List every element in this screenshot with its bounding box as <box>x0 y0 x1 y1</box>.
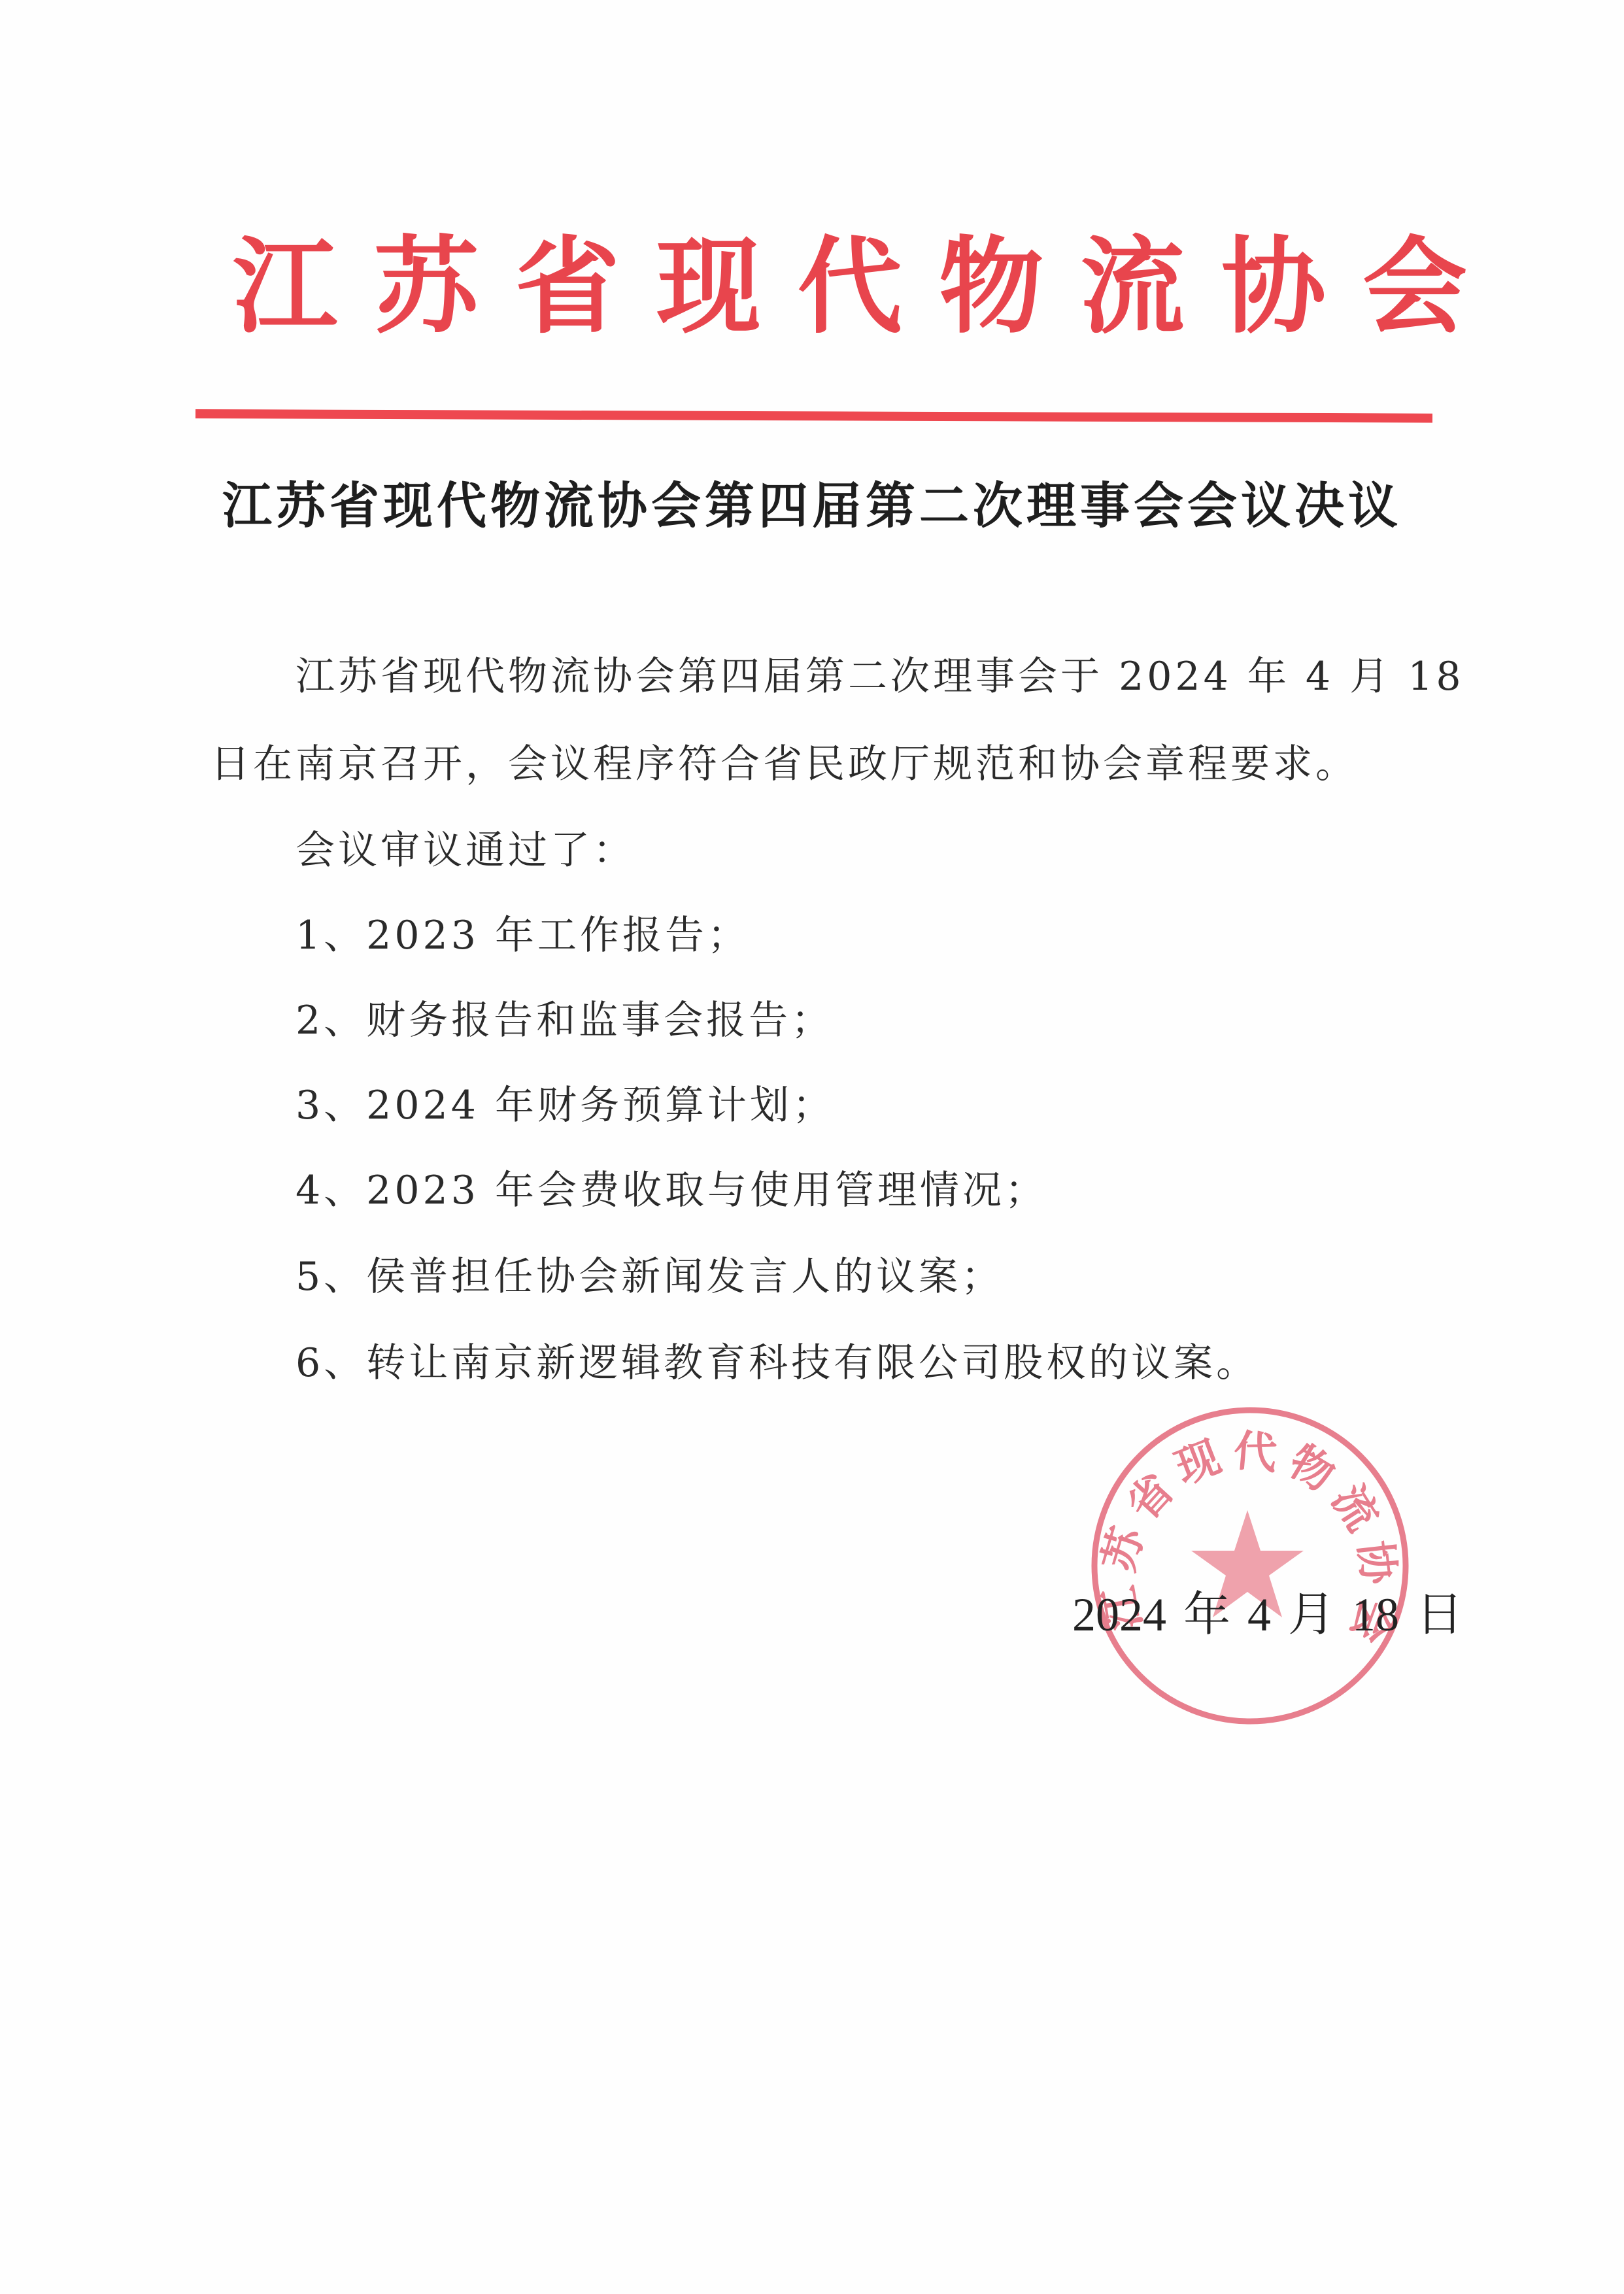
resolution-item-5: 5、侯普担任协会新闻发言人的议案； <box>296 1234 1004 1319</box>
official-seal: 江苏省现代物流协会 <box>1085 1399 1412 1726</box>
signature-date: 2024 年 4 月 18 日 <box>1072 1585 1463 1644</box>
document-title: 江苏省现代物流协会第四届第二次理事会会议决议 <box>196 473 1428 539</box>
resolution-item-3: 3、2024 年财务预算计划； <box>296 1063 835 1148</box>
passed-heading: 会议审议通过了： <box>296 808 635 893</box>
intro-line-2: 日在南京召开，会议程序符合省民政厅规范和协会章程要求。 <box>211 722 1358 807</box>
letterhead-divider <box>195 409 1432 423</box>
intro-line-1: 江苏省现代物流协会第四届第二次理事会于 2024 年 4 月 18 <box>296 634 1464 719</box>
resolution-item-6: 6、转让南京新逻辑教育科技有限公司股权的议案。 <box>296 1321 1259 1406</box>
resolution-item-2: 2、财务报告和监事会报告； <box>296 978 834 1063</box>
letterhead-org-name: 江苏省现代物流协会 <box>233 221 1383 352</box>
resolution-item-4: 4、2023 年会费收取与使用管理情况； <box>296 1148 1047 1233</box>
resolution-item-1: 1、2023 年工作报告； <box>296 893 750 978</box>
